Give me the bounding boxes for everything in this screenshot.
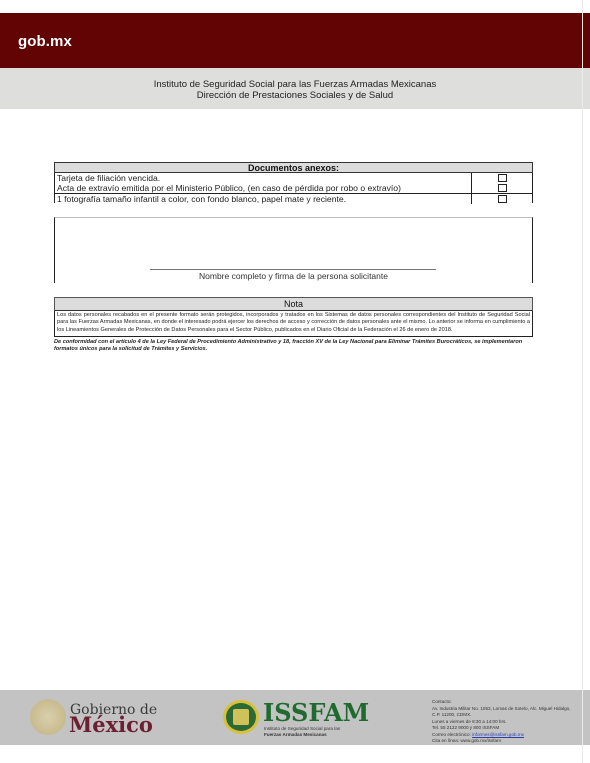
annexed-documents-table: Documentos anexos: Tarjeta de filiación … [54, 162, 533, 203]
page-edge-divider [582, 0, 583, 763]
document-row: Acta de extravío emitida por el Minister… [54, 183, 533, 193]
document-page: gob.mx Instituto de Seguridad Social par… [0, 0, 590, 763]
signature-box[interactable]: Nombre completo y firma de la persona so… [54, 217, 533, 283]
document-label: Tarjeta de filiación vencida. [57, 173, 160, 183]
contact-info: Contacto: Av. Industria Militar No. 1053… [432, 699, 570, 745]
conformity-statement: De conformidad con el artículo 4 de la L… [54, 339, 536, 353]
note-body: Los datos personales recabados en el pre… [54, 311, 533, 337]
note-title: Nota [54, 297, 533, 311]
national-seal-icon [30, 699, 66, 735]
note-section: Nota Los datos personales recabados en e… [54, 297, 533, 337]
signature-line [150, 269, 436, 270]
gob-header-bar: gob.mx [0, 13, 590, 68]
annexed-documents-title: Documentos anexos: [54, 162, 533, 173]
contact-online: Cita en línea: www.gob.mx/issfam [432, 738, 570, 745]
issfam-subtitle-line1: Instituto de Seguridad Social para las [264, 726, 340, 731]
document-checkbox[interactable] [498, 195, 507, 203]
issfam-subtitle-line2: Fuerzas Armadas Mexicanas [264, 732, 327, 737]
check-cell [471, 173, 533, 183]
contact-email-label: Correo electrónico: [432, 732, 471, 737]
contact-email-link[interactable]: informes@issfam.gob.mx [472, 732, 524, 737]
gob-mx-logo[interactable]: gob.mx [18, 33, 72, 50]
document-checkbox[interactable] [498, 174, 507, 182]
directorate-name: Dirección de Prestaciones Sociales y de … [0, 90, 590, 101]
document-row: 1 fotografía tamaño infantil a color, co… [54, 193, 533, 203]
document-row: Tarjeta de filiación vencida. [54, 173, 533, 183]
issfam-emblem-icon [223, 700, 259, 734]
institution-name: Instituto de Seguridad Social para las F… [0, 79, 590, 90]
signature-label: Nombre completo y firma de la persona so… [55, 271, 532, 281]
check-cell [471, 194, 533, 204]
check-cell [471, 183, 533, 193]
document-label: 1 fotografía tamaño infantil a color, co… [57, 194, 346, 204]
issfam-emblem-inner [233, 709, 249, 725]
footer-bar: Gobierno de México ISSFAM Instituto de S… [0, 690, 590, 745]
mexico-text: México [69, 712, 153, 737]
institution-banner: Instituto de Seguridad Social para las F… [0, 68, 590, 109]
document-checkbox[interactable] [498, 184, 507, 192]
document-label: Acta de extravío emitida por el Minister… [57, 183, 401, 193]
issfam-logo-text: ISSFAM [263, 698, 369, 727]
